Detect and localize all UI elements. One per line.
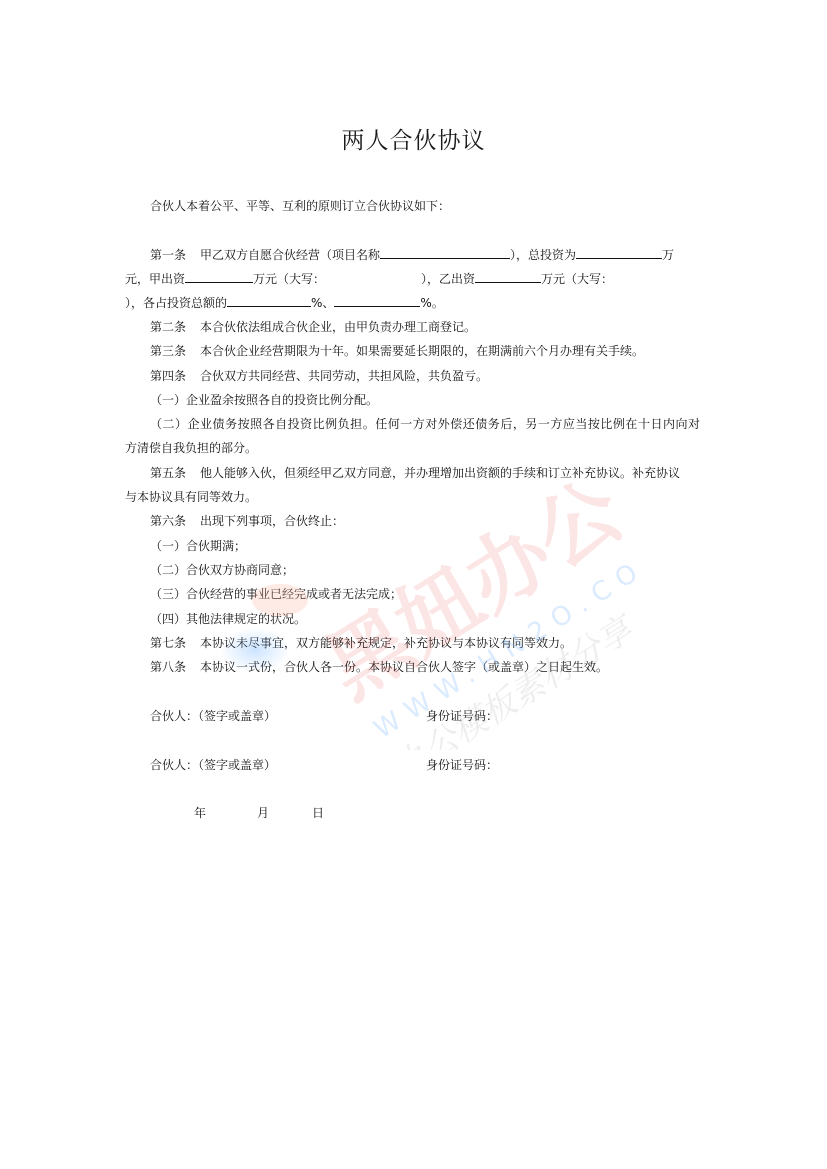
- article-text: 本协议未尽事宜，双方能够补充规定，补充协议与本协议有同等效力。: [200, 636, 572, 650]
- date-month: 月: [257, 805, 269, 821]
- article-6-item-1: （一）合伙期满；: [150, 538, 246, 554]
- article-6-item-4: （四）其他法律规定的状况。: [150, 611, 306, 627]
- article-text: 万元（大写：: [253, 272, 325, 286]
- party-b-amount-blank[interactable]: [475, 270, 541, 283]
- article-4-item-2-line-2: 方清偿自我负担的部分。: [125, 440, 257, 456]
- document-page: 两人合伙协议 合伙人本着公平、平等、互利的原则订立合伙协议如下： 第一条甲乙双方…: [0, 0, 827, 1169]
- article-label: 第二条: [150, 320, 186, 334]
- article-3: 第三条本合伙企业经营期限为十年。如果需要延长期限的，在期满前六个月办理有关手续。: [150, 343, 644, 359]
- article-label: 第八条: [150, 660, 186, 674]
- article-text: ），各占投资总额的: [125, 296, 227, 310]
- article-text: 本协议一式份，合伙人各一份。本协议自合伙人签字（或盖章）之日起生效。: [200, 660, 608, 674]
- svg-text:专业办公模板素材分享: 专业办公模板素材分享: [330, 607, 640, 750]
- article-6-item-3: （三）合伙经营的事业已经完成或者无法完成；: [150, 586, 402, 602]
- article-text: ），乙出资: [421, 272, 475, 286]
- article-2: 第二条本合伙依法组成合伙企业，由甲负责办理工商登记。: [150, 319, 476, 335]
- total-investment-blank[interactable]: [576, 246, 662, 259]
- article-label: 第四条: [150, 369, 186, 383]
- article-label: 第六条: [150, 514, 186, 528]
- article-7: 第七条本协议未尽事宜，双方能够补充规定，补充协议与本协议有同等效力。: [150, 635, 572, 651]
- article-1-line-3: ），各占投资总额的%、%。: [125, 294, 444, 311]
- article-label: 第五条: [150, 466, 186, 480]
- partner-1-id-label: 身份证号码：: [426, 708, 498, 724]
- article-text: %。: [420, 296, 443, 310]
- article-text: 本合伙依法组成合伙企业，由甲负责办理工商登记。: [200, 320, 476, 334]
- article-1-line-2: 元，甲出资万元（大写：），乙出资万元（大写：: [125, 270, 613, 287]
- article-5-line-2: 与本协议具有同等效力。: [125, 489, 257, 505]
- article-1-line-1: 第一条甲乙双方自愿合伙经营（项目名称），总投资为万: [150, 246, 674, 263]
- article-label: 第七条: [150, 636, 186, 650]
- article-text: 出现下列事项，合伙终止：: [200, 514, 344, 528]
- article-4: 第四条合伙双方共同经营、共同劳动，共担风险，共负盈亏。: [150, 368, 488, 384]
- party-b-percent-blank[interactable]: [334, 294, 420, 307]
- article-text: 合伙双方共同经营、共同劳动，共担风险，共负盈亏。: [200, 369, 488, 383]
- date-year: 年: [194, 805, 206, 821]
- article-6: 第六条出现下列事项，合伙终止：: [150, 513, 344, 529]
- partner-1-signature-label: 合伙人：（签字或盖章）: [150, 708, 276, 724]
- project-name-blank[interactable]: [380, 246, 510, 259]
- partner-2-id-label: 身份证号码：: [426, 757, 498, 773]
- article-text: 万元（大写：: [541, 272, 613, 286]
- document-title: 两人合伙协议: [0, 122, 827, 155]
- article-label: 第一条: [150, 248, 186, 262]
- article-text: 元，甲出资: [125, 272, 185, 286]
- article-4-item-1: （一）企业盈余按照各自的投资比例分配。: [150, 392, 378, 408]
- preamble: 合伙人本着公平、平等、互利的原则订立合伙协议如下：: [150, 198, 450, 214]
- party-a-percent-blank[interactable]: [227, 294, 311, 307]
- article-6-item-2: （二）合伙双方协商同意；: [150, 562, 294, 578]
- article-8: 第八条本协议一式份，合伙人各一份。本协议自合伙人签字（或盖章）之日起生效。: [150, 659, 608, 675]
- date-day: 日: [312, 805, 324, 821]
- article-text: 甲乙双方自愿合伙经营（项目名称: [200, 248, 380, 262]
- article-text: 万: [662, 248, 674, 262]
- article-text: ），总投资为: [510, 248, 576, 262]
- article-5-line-1: 第五条他人能够入伙，但须经甲乙双方同意，并办理增加出资额的手续和订立补充协议。补…: [150, 465, 680, 481]
- article-4-item-2-line-1: （二）企业债务按照各自投资比例负担。任何一方对外偿还债务后，另一方应当按比例在十…: [150, 416, 700, 432]
- article-text: %、: [311, 296, 334, 310]
- article-text: 本合伙企业经营期限为十年。如果需要延长期限的，在期满前六个月办理有关手续。: [200, 344, 644, 358]
- article-text: 他人能够入伙，但须经甲乙双方同意，并办理增加出资额的手续和订立补充协议。补充协议: [200, 466, 680, 480]
- partner-2-signature-label: 合伙人：（签字或盖章）: [150, 757, 276, 773]
- party-a-amount-blank[interactable]: [185, 270, 253, 283]
- article-label: 第三条: [150, 344, 186, 358]
